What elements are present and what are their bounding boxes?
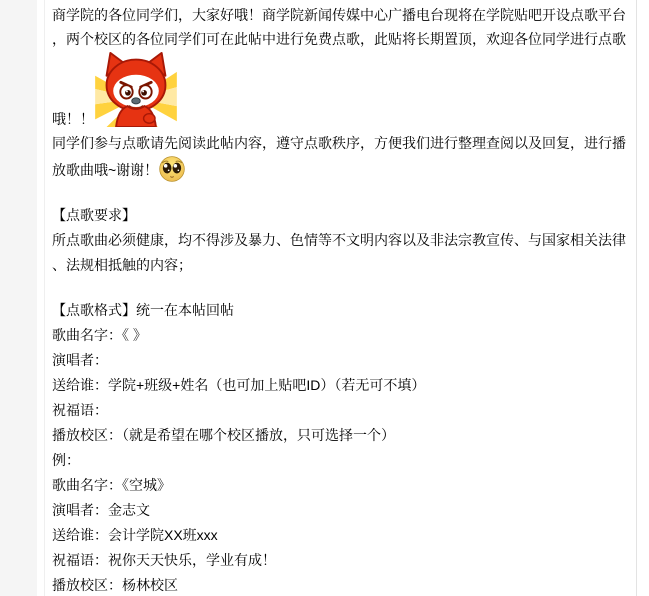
left-gutter [0, 0, 37, 596]
format-line-campus: 播放校区：（就是希望在哪个校区播放，只可选择一个） [52, 423, 636, 448]
ali-fox-sticker-icon[interactable] [94, 111, 178, 127]
notice-paragraph: 同学们参与点歌请先阅读此帖内容，遵守点歌秩序，方便我们进行整理查阅以及回复，进行… [52, 131, 636, 183]
example-label: 例： [52, 448, 636, 473]
spacer [52, 278, 636, 298]
format-line-blessing: 祝福语： [52, 398, 636, 423]
post-body: 商学院的各位同学们，大家好哦！商学院新闻传媒中心广播电台现将在学院贴吧开设点歌平… [52, 3, 636, 596]
requirements-body: 所点歌曲必须健康，均不得涉及暴力、色情等不文明内容以及非法宗教宣传、与国家相关法… [52, 228, 636, 278]
example-line-dedicated-to: 送给谁：会计学院XX班xxx [52, 523, 636, 548]
format-line-dedicated-to: 送给谁：学院+班级+姓名（也可加上贴吧ID）（若无可不填） [52, 373, 636, 398]
requirements-header: 【点歌要求】 [52, 203, 636, 228]
pleading-eyes-emoji-icon [158, 162, 186, 178]
example-line-song-name: 歌曲名字：《空城》 [52, 473, 636, 498]
notice-text: 同学们参与点歌请先阅读此帖内容，遵守点歌秩序，方便我们进行整理查阅以及回复，进行… [52, 135, 626, 178]
example-line-blessing: 祝福语：祝你天天快乐，学业有成！ [52, 548, 636, 573]
tieba-post-content: 商学院的各位同学们，大家好哦！商学院新闻传媒中心广播电台现将在学院贴吧开设点歌平… [0, 0, 649, 596]
intro-paragraph: 商学院的各位同学们，大家好哦！商学院新闻传媒中心广播电台现将在学院贴吧开设点歌平… [52, 3, 636, 131]
format-line-song-name: 歌曲名字：《 》 [52, 323, 636, 348]
gutter-divider [44, 0, 45, 596]
content-right-border [636, 0, 637, 596]
format-line-singer: 演唱者： [52, 348, 636, 373]
example-line-singer: 演唱者：金志文 [52, 498, 636, 523]
spacer [52, 183, 636, 203]
format-header: 【点歌格式】统一在本帖回帖 [52, 298, 636, 323]
example-line-campus: 播放校区：杨林校区 [52, 573, 636, 596]
